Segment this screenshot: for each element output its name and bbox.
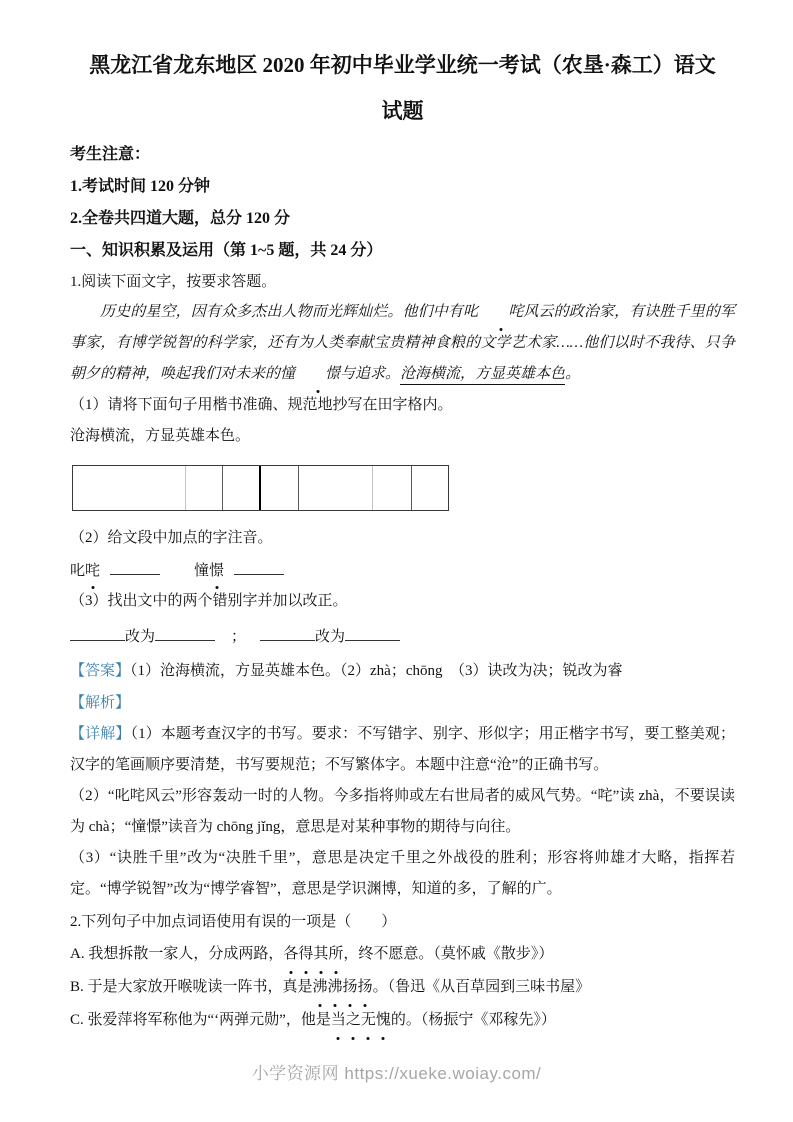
q1-passage: 历史的星空，因有众多杰出人物而光辉灿烂。他们中有叱咤风云的政治家，有诀胜千里的军…	[70, 297, 735, 390]
page-footer-watermark: 小学资源网 https://xueke.woiay.com/	[0, 1059, 793, 1084]
pinyin-blank-2	[234, 560, 284, 575]
grid-cell	[73, 466, 186, 510]
section1-heading: 一、知识积累及运用（第 1~5 题，共 24 分）	[70, 235, 735, 267]
q1-part2-label: （2）给文段中加点的字注音。	[70, 523, 735, 554]
grid-cell	[299, 466, 373, 510]
q1-pinyin-line: 叱咤憧憬	[70, 556, 735, 586]
answer-text: （1）沧海横流，方显英雄本色。（2）zhà；chōng （3）诀改为决；锐改为睿	[130, 663, 622, 679]
correction-blank-1	[70, 626, 125, 641]
exam-paper-page: 黑龙江省龙东地区 2020 年初中毕业学业统一考试（农垦·森工）语文 试题 考生…	[0, 0, 793, 1122]
q2-stem: 2.下列句子中加点词语使用有误的一项是（ ）	[70, 906, 735, 938]
grid-cell	[373, 466, 412, 510]
q1-jiexi-line: 【解析】	[70, 687, 735, 719]
grid-cell	[223, 466, 261, 510]
pinyin-blank-1	[110, 560, 160, 575]
notice-item-1: 1.考试时间 120 分钟	[70, 171, 735, 203]
q1-detail-paragraph-3: （3）“诀胜千里”改为“决胜千里”，意思是决定千里之外战役的胜利；形容将帅雄才大…	[70, 843, 735, 905]
q1-answer-line: 【答案】（1）沧海横流，方显英雄本色。（2）zhà；chōng （3）诀改为决；…	[70, 655, 735, 687]
q1-correction-line: 改为；改为	[70, 620, 735, 654]
answer-label: 【答案】	[70, 663, 130, 679]
q1-part1-sentence: 沧海横流，方显英雄本色。	[70, 421, 735, 452]
q1-detail-paragraph-2: （2）“叱咤风云”形容轰动一时的人物。今多指将帅或左右世局者的威风气势。“咤”读…	[70, 781, 735, 843]
q1-part1-label: （1）请将下面句子用楷书准确、规范地抄写在田字格内。	[70, 390, 735, 421]
detail-label: 【详解】	[70, 726, 130, 742]
q1-part3-label: （3）找出文中的两个错别字并加以改正。	[70, 586, 735, 617]
tianzige-grid	[72, 465, 449, 511]
correction-blank-3	[260, 626, 315, 641]
q1-stem: 1.阅读下面文字，按要求答题。	[70, 267, 735, 297]
correction-blank-4	[345, 626, 400, 641]
notice-heading: 考生注意：	[70, 139, 735, 171]
q2-option-c: C. 张爱萍将军称他为“‘两弹元勋”，他是当之无愧的。（杨振宁《邓稼先》）	[70, 1004, 735, 1037]
page-content: 黑龙江省龙东地区 2020 年初中毕业学业统一考试（农垦·森工）语文 试题 考生…	[0, 0, 793, 1037]
exam-title-line2: 试题	[70, 96, 735, 126]
q1-detail-paragraph-1: 【详解】（1）本题考查汉字的书写。要求：不写错字、别字、形似字；用正楷字书写，要…	[70, 719, 735, 781]
q2-option-b: B. 于是大家放开喉咙读一阵书，真是沸沸扬扬。（鲁迅《从百草园到三味书屋》	[70, 971, 735, 1004]
jiexi-label: 【解析】	[70, 695, 130, 711]
pinyin-word-chongjing: 憧憬	[194, 563, 224, 579]
gaiwei-label-2: 改为	[315, 629, 345, 645]
gaiwei-label-1: 改为	[125, 629, 155, 645]
exam-title-line1: 黑龙江省龙东地区 2020 年初中毕业学业统一考试（农垦·森工）语文	[70, 50, 735, 80]
correction-blank-2	[155, 626, 215, 641]
correction-separator: ；	[231, 620, 246, 654]
grid-cell	[186, 466, 223, 510]
notice-block: 考生注意： 1.考试时间 120 分钟 2.全卷共四道大题，总分 120 分 一…	[70, 139, 735, 267]
detail-text-1: （1）本题考查汉字的书写。要求：不写错字、别字、形似字；用正楷字书写，要工整美观…	[70, 726, 735, 773]
pinyin-word-chizha: 叱咤	[70, 563, 100, 579]
notice-item-2: 2.全卷共四道大题，总分 120 分	[70, 203, 735, 235]
grid-cell	[412, 466, 448, 510]
q2-option-a: A. 我想拆散一家人，分成两路，各得其所，终不愿意。（莫怀戚《散步》）	[70, 938, 735, 971]
grid-cell	[261, 466, 299, 510]
